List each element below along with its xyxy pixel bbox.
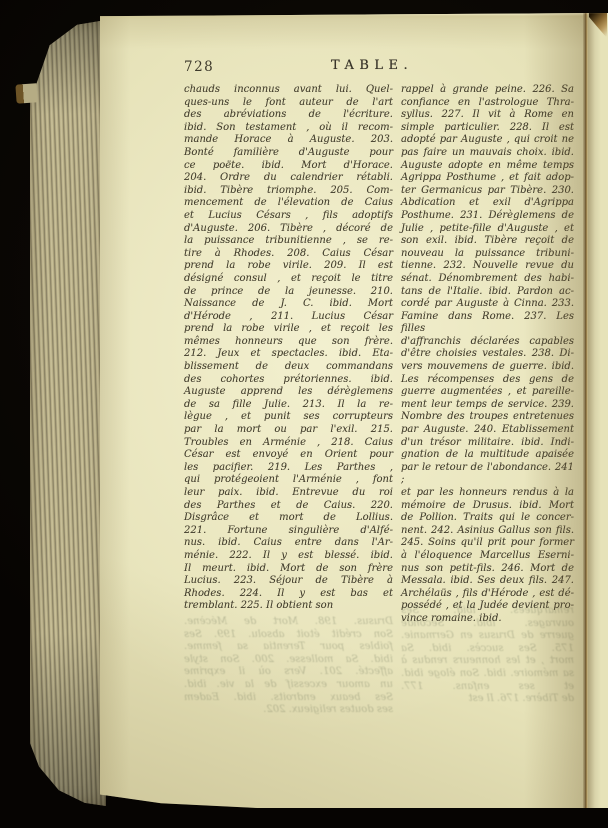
text-line: Auguste apprend les dérèglemens [184, 386, 393, 399]
text-line: désigné consul , et reçoit le titre [184, 273, 393, 286]
text-line: d'Hérode , 211. Lucius César [184, 311, 393, 324]
text-line: les pacifier. 219. Les Parthes , [184, 462, 393, 475]
text-line: d'Auguste. 206. Tibère , décoré de [184, 223, 393, 236]
text-line: foibles pour Terentia sa femme. [184, 641, 393, 654]
text-line: ibid. Son testament , où il recom- [184, 122, 393, 135]
book-photo-background: 728 TABLE. chauds inconnus avant lui. Qu… [0, 0, 608, 828]
protruding-page-edge [15, 83, 37, 103]
text-line: affecté. 201. Vers où il exprime [184, 666, 393, 679]
text-line: des abréviations de l'écriture. [184, 109, 393, 122]
text-line: tremblant. 225. Il obtient son [184, 600, 393, 613]
text-line: et Lucius Césars , fils adoptifs [184, 210, 393, 223]
text-line: de prince de la jeunesse. 210. [184, 286, 393, 299]
text-line: un amour excessif de la vie. ibid. [184, 679, 393, 692]
text-line: prend la robe virile , et reçoit les [184, 323, 393, 336]
bleedthrough-text-left: Drusus. 198. Mort de Mécène.Son crédit é… [184, 616, 393, 717]
page-title: TABLE. [331, 58, 413, 73]
text-line: Naissance de J. C. ibid. Mort [184, 298, 393, 311]
text-line: tire à Rhodes. 208. Caius César [184, 248, 393, 261]
index-column-left: chauds inconnus avant lui. Quel-ques-uns… [184, 84, 393, 613]
text-line: ques-uns le font auteur de l'art [184, 97, 393, 110]
text-line: des Parthes et de Caius. 220. [184, 500, 393, 513]
text-line: qui protégeoient l'Arménie , font [184, 474, 393, 487]
text-line: Il meurt. ibid. Mort de son frère [184, 563, 393, 576]
text-line: 221. Fortune singulière d'Alfé- [184, 525, 393, 538]
book-page-edges [30, 20, 106, 806]
text-line: 212. Jeux et spectacles. ibid. Eta- [184, 348, 393, 361]
text-line: Troubles en Arménie , 218. Caius [184, 437, 393, 450]
text-line: ibid. Sa mollesse. 200. Son style [184, 654, 393, 667]
facing-page-edge [588, 13, 608, 808]
text-line: de sa fille Julie. 213. Il la re- [184, 399, 393, 412]
text-line: Drusus. 198. Mort de Mécène. [184, 616, 393, 629]
text-line: blissement de deux commandans [184, 361, 393, 374]
text-line: Bonté familière d'Auguste pour [184, 147, 393, 160]
text-line: ibid. Tibère triomphe. 205. Com- [184, 185, 393, 198]
text-line: leur paix. ibid. Entrevue du roi [184, 487, 393, 500]
text-line: nus. ibid. Caius entre dans l'Ar- [184, 537, 393, 550]
text-line: Lucius. 223. Séjour de Tibère à [184, 575, 393, 588]
text-line: prend la robe virile. 209. Il est [184, 260, 393, 273]
text-line: Disgrâce et mort de Lollius. [184, 512, 393, 525]
text-line: ce poëte. ibid. Mort d'Horace. [184, 160, 393, 173]
text-line: mande Horace à Auguste. 203. [184, 134, 393, 147]
text-line: des cohortes prétoriennes. ibid. [184, 374, 393, 387]
text-line: mêmes honneurs que son frère. [184, 336, 393, 349]
text-line: la puissance tribunitienne , se re- [184, 235, 393, 248]
text-line: Son crédit étoit absolu. 199. Ses [184, 629, 393, 642]
page-number: 728 [184, 59, 214, 75]
book-page: 728 TABLE. chauds inconnus avant lui. Qu… [100, 13, 608, 808]
text-line: César est envoyé en Orient pour [184, 449, 393, 462]
text-line: Ses beaux endroits. ibid. Eadem [184, 692, 393, 705]
text-line: mencement de l'élevation de Caius [184, 197, 393, 210]
text-line: ses doutes religieux. 202. [184, 704, 393, 717]
text-line: 204. Ordre du calendrier rétabli. [184, 172, 393, 185]
text-line: lègue , et punit ses corrupteurs [184, 411, 393, 424]
text-line: ménie. 222. Il y est blessé. ibid. [184, 550, 393, 563]
gutter-shadow [524, 13, 584, 808]
text-line: par la mort ou par l'exil. 215. [184, 424, 393, 437]
text-line: Rhodes. 224. Il y est bas et [184, 588, 393, 601]
text-line: chauds inconnus avant lui. Quel- [184, 84, 393, 97]
